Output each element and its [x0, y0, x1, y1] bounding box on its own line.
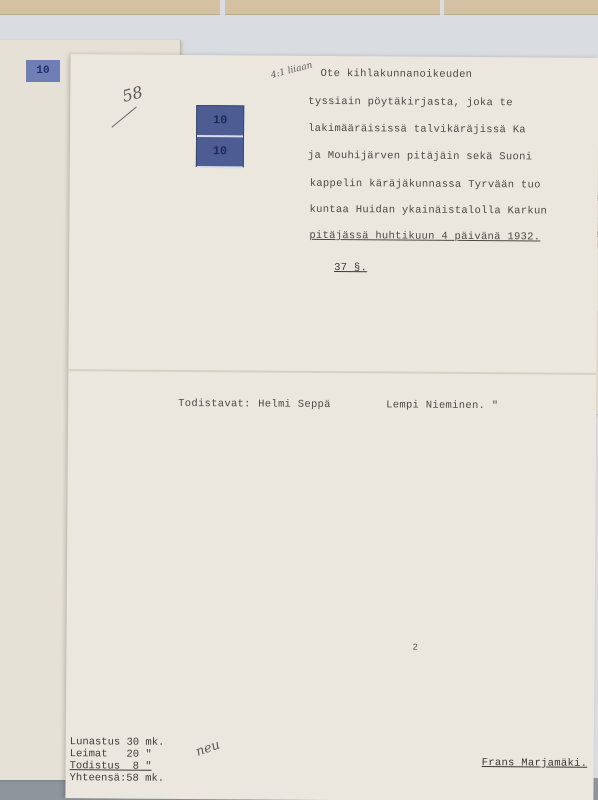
header-line: ja Mouhijärven pitäjäin sekä Suoni	[308, 150, 533, 164]
margin-stroke	[112, 106, 137, 127]
header-line: pitäjässä huhtikuun 4 päivänä 1932.	[309, 230, 540, 244]
fee-summary: Lunastus 30 mk. Leimat 20 " Todistus 8 "…	[70, 736, 165, 785]
background-paper-strip	[444, 0, 598, 15]
header-line: lakimääräisissä talvikäräjissä Ka	[308, 123, 526, 137]
signature: Frans Marjamäki.	[482, 757, 588, 770]
fee-total: Yhteensä:58 mk.	[70, 772, 165, 785]
margin-note: 58	[120, 82, 144, 106]
header-line: kuntaa Huidan ykainäistalolla Karkun	[309, 204, 547, 218]
corner-note: 4:1 liiaan	[270, 61, 314, 81]
header-line: kappelin käräjäkunnassa Tyrvään tuo	[310, 178, 541, 192]
header-line: tyssiain pöytäkirjasta, joka te	[308, 96, 513, 109]
section-number: 37 §.	[334, 262, 367, 274]
revenue-stamp: 10	[197, 137, 243, 168]
superscript: 2	[412, 643, 418, 653]
revenue-stamp: 10	[26, 60, 60, 82]
fold-crease	[68, 369, 596, 375]
background-paper-strip	[225, 0, 440, 15]
fee-todistus: Todistus 8 "	[70, 760, 165, 773]
background-paper-strip	[0, 0, 220, 15]
witness-name: Helmi Seppä	[258, 398, 331, 411]
revenue-stamps: 10 10	[196, 105, 244, 167]
main-document-sheet: 58 4:1 liiaan 10 10 Ote kihlakunnanoikeu…	[65, 54, 598, 800]
revenue-stamp: 10	[197, 106, 243, 137]
initials: neu	[194, 737, 222, 759]
witness-name: Lempi Nieminen. "	[386, 399, 498, 412]
fee-leimat: Leimat 20 "	[70, 748, 165, 761]
header-line: Ote kihlakunnanoikeuden	[320, 68, 472, 81]
witnesses-label: Todistavat:	[178, 398, 251, 411]
fee-lunastus: Lunastus 30 mk.	[70, 736, 165, 749]
